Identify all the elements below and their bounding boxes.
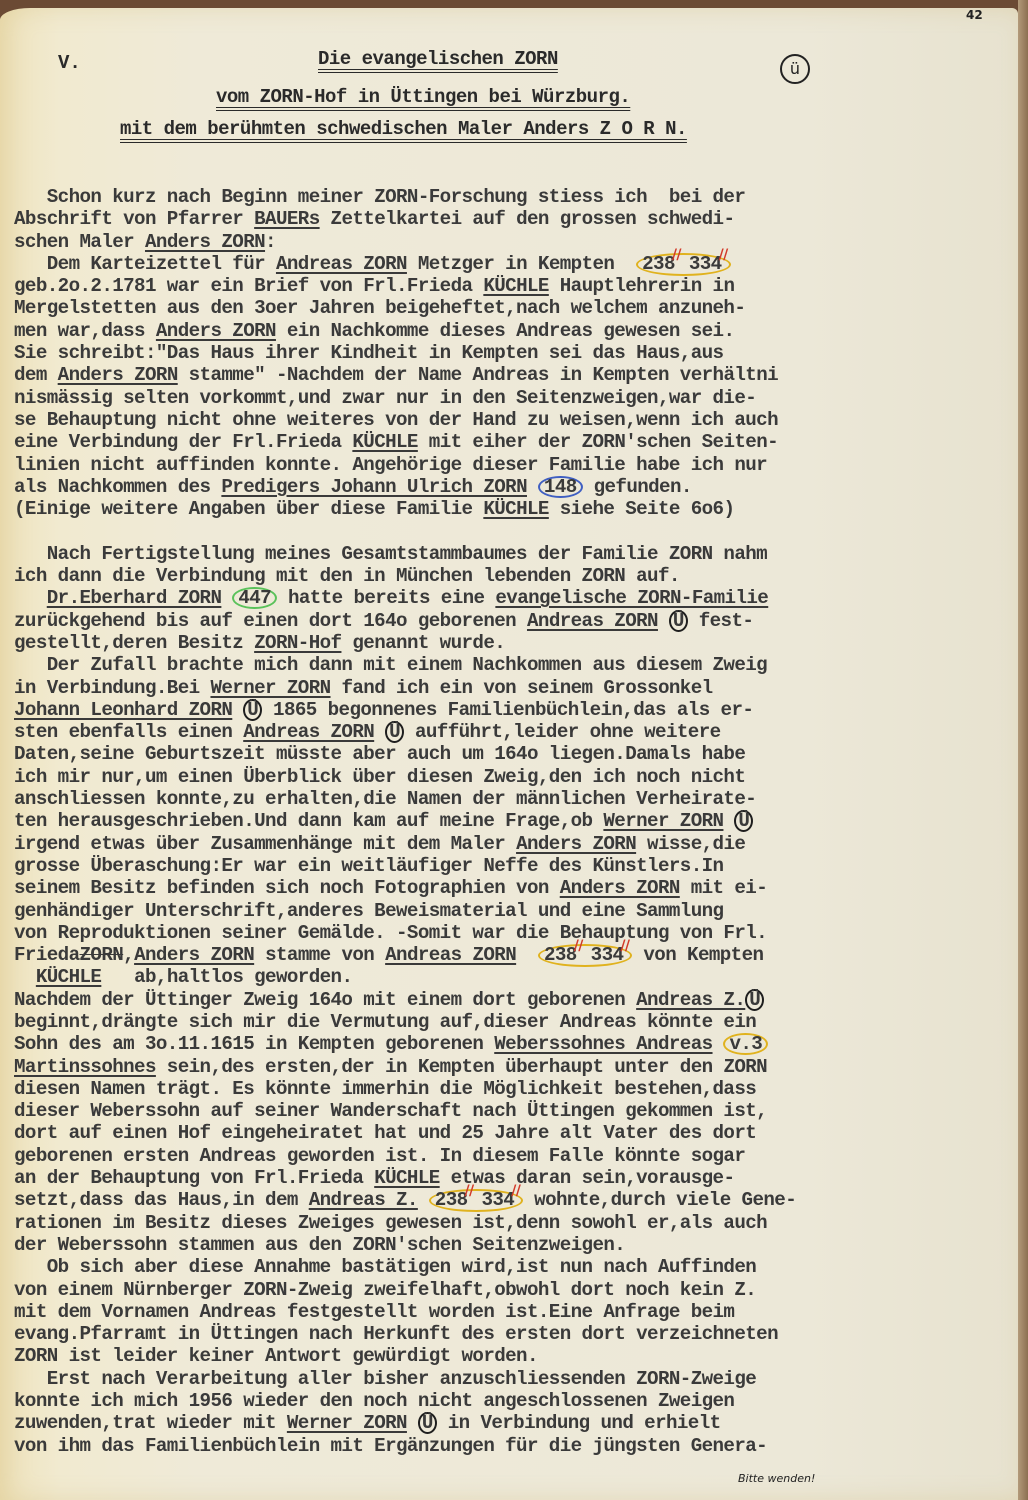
- circled-u-icon: Ü: [243, 699, 262, 721]
- circled-u-icon: Ü: [669, 610, 688, 632]
- yellow-circled-ref: 238// 334//: [636, 253, 730, 276]
- text-line: Martinssohnes sein,des ersten,der in Kem…: [14, 1056, 1014, 1078]
- yellow-circled-ref: 238// 334//: [429, 1189, 523, 1212]
- text-line: Abschrift von Pfarrer BAUERs Zettelkarte…: [14, 208, 1014, 230]
- handwritten-note: Bitte wenden!: [738, 1472, 815, 1485]
- text-line: [14, 520, 1014, 542]
- text-line: der Weberssohn stammen aus den ZORN'sche…: [14, 1234, 1014, 1256]
- text-line: in Verbindung.Bei Werner ZORN fand ich e…: [14, 677, 1014, 699]
- chapter-number: V.: [58, 52, 81, 74]
- text-line: setzt,dass das Haus,in dem Andreas Z. 23…: [14, 1189, 1014, 1211]
- circled-u-icon: Ü: [734, 810, 753, 832]
- text-line: sten ebenfalls einen Andreas ZORN Ü auff…: [14, 721, 1014, 743]
- title-line-2: vom ZORN-Hof in Üttingen bei Würzburg.: [216, 86, 630, 108]
- text-line: eine Verbindung der Frl.Frieda KÜCHLE mi…: [14, 431, 1014, 453]
- text-line: mit dem Vornamen Andreas festgestellt wo…: [14, 1301, 1014, 1323]
- circled-u-icon: Ü: [745, 989, 764, 1011]
- page-number: 42: [966, 8, 983, 22]
- text-line: als Nachkommen des Predigers Johann Ulri…: [14, 476, 1014, 498]
- text-line: Dr.Eberhard ZORN 447 hatte bereits eine …: [14, 587, 1014, 609]
- text-line: FriedaZORN,Anders ZORN stamme von Andrea…: [14, 944, 1014, 966]
- text-line: Sie schreibt:"Das Haus ihrer Kindheit in…: [14, 342, 1014, 364]
- text-line: ten herausgeschrieben.Und dann kam auf m…: [14, 810, 1014, 832]
- text-line: irgend etwas über Zusammenhänge mit dem …: [14, 833, 1014, 855]
- book-page-edge: [1018, 0, 1028, 1500]
- text-line: von einem Nürnberger ZORN-Zweig zweifelh…: [14, 1279, 1014, 1301]
- text-line: dem Anders ZORN stamme" -Nachdem der Nam…: [14, 364, 1014, 386]
- text-line: dort auf einen Hof eingeheiratet hat und…: [14, 1122, 1014, 1144]
- text-line: ich mir nur,um einen Überblick über dies…: [14, 766, 1014, 788]
- text-line: Nachdem der Üttinger Zweig 164o mit eine…: [14, 989, 1014, 1011]
- text-line: zuwenden,trat wieder mit Werner ZORN Ü i…: [14, 1412, 1014, 1434]
- text-line: von Reproduktionen seiner Gemälde. -Somi…: [14, 922, 1014, 944]
- text-line: beginnt,drängte sich mir die Vermutung a…: [14, 1011, 1014, 1033]
- text-line: anschliessen konnte,zu erhalten,die Name…: [14, 788, 1014, 810]
- text-line: gestellt,deren Besitz ZORN-Hof genannt w…: [14, 632, 1014, 654]
- text-line: Der Zufall brachte mich dann mit einem N…: [14, 654, 1014, 676]
- green-circled-ref: 447: [232, 587, 277, 609]
- text-line: schen Maler Anders ZORN:: [14, 231, 1014, 253]
- text-line: von ihm das Familienbüchlein mit Ergänzu…: [14, 1435, 1014, 1457]
- title-line-3: mit dem berühmten schwedischen Maler And…: [120, 118, 687, 140]
- text-line: zurückgehend bis auf einen dort 164o geb…: [14, 610, 1014, 632]
- text-line: diesen Namen trägt. Es könnte immerhin d…: [14, 1078, 1014, 1100]
- text-line: evang.Pfarramt in Üttingen nach Herkunft…: [14, 1323, 1014, 1345]
- text-line: linien nicht auffinden konnte. Angehörig…: [14, 454, 1014, 476]
- text-line: se Behauptung nicht ohne weiteres von de…: [14, 409, 1014, 431]
- circled-u-icon: Ü: [385, 721, 404, 743]
- text-line: Schon kurz nach Beginn meiner ZORN-Forsc…: [14, 186, 1014, 208]
- text-line: geborenen ersten Andreas geworden ist. I…: [14, 1145, 1014, 1167]
- text-line: Erst nach Verarbeitung aller bisher anzu…: [14, 1368, 1014, 1390]
- text-line: nismässig selten vorkommt,und zwar nur i…: [14, 387, 1014, 409]
- blue-circled-ref: 148: [538, 476, 583, 498]
- circled-u-annotation-icon: ü: [780, 54, 810, 84]
- yellow-circled-ref: 238// 334//: [538, 944, 632, 967]
- text-line: seinem Besitz befinden sich noch Fotogra…: [14, 877, 1014, 899]
- text-line: konnte ich mich 1956 wieder den noch nic…: [14, 1390, 1014, 1412]
- text-line: Nach Fertigstellung meines Gesamtstammba…: [14, 543, 1014, 565]
- text-line: ZORN ist leider keiner Antwort gewürdigt…: [14, 1345, 1014, 1367]
- text-line: rationen im Besitz dieses Zweiges gewese…: [14, 1212, 1014, 1234]
- text-line: Dem Karteizettel für Andreas ZORN Metzge…: [14, 253, 1014, 275]
- text-line: Johann Leonhard ZORN Ü 1865 begonnenes F…: [14, 699, 1014, 721]
- text-line: geb.2o.2.1781 war ein Brief von Frl.Frie…: [14, 275, 1014, 297]
- text-line: Mergelstetten aus den 3oer Jahren beigeh…: [14, 297, 1014, 319]
- yellow-circled-ref: v.3: [723, 1033, 768, 1055]
- text-line: dieser Weberssohn auf seiner Wanderschaf…: [14, 1100, 1014, 1122]
- text-line: men war,dass Anders ZORN ein Nachkomme d…: [14, 320, 1014, 342]
- text-line: Sohn des am 3o.11.1615 in Kempten gebore…: [14, 1033, 1014, 1055]
- text-line: Ob sich aber diese Annahme bastätigen wi…: [14, 1256, 1014, 1278]
- text-line: genhändiger Unterschrift,anderes Beweism…: [14, 900, 1014, 922]
- text-line: (Einige weitere Angaben über diese Famil…: [14, 498, 1014, 520]
- text-line: ich dann die Verbindung mit den in Münch…: [14, 565, 1014, 587]
- text-line: Daten,seine Geburtszeit müsste aber auch…: [14, 743, 1014, 765]
- typewritten-body: Schon kurz nach Beginn meiner ZORN-Forsc…: [14, 186, 1014, 1457]
- circled-u-icon: Ü: [418, 1412, 437, 1434]
- text-line: grosse Überaschung:Er war ein weitläufig…: [14, 855, 1014, 877]
- title-line-1: Die evangelischen ZORN: [318, 48, 558, 70]
- text-line: KÜCHLE ab,haltlos geworden.: [14, 966, 1014, 988]
